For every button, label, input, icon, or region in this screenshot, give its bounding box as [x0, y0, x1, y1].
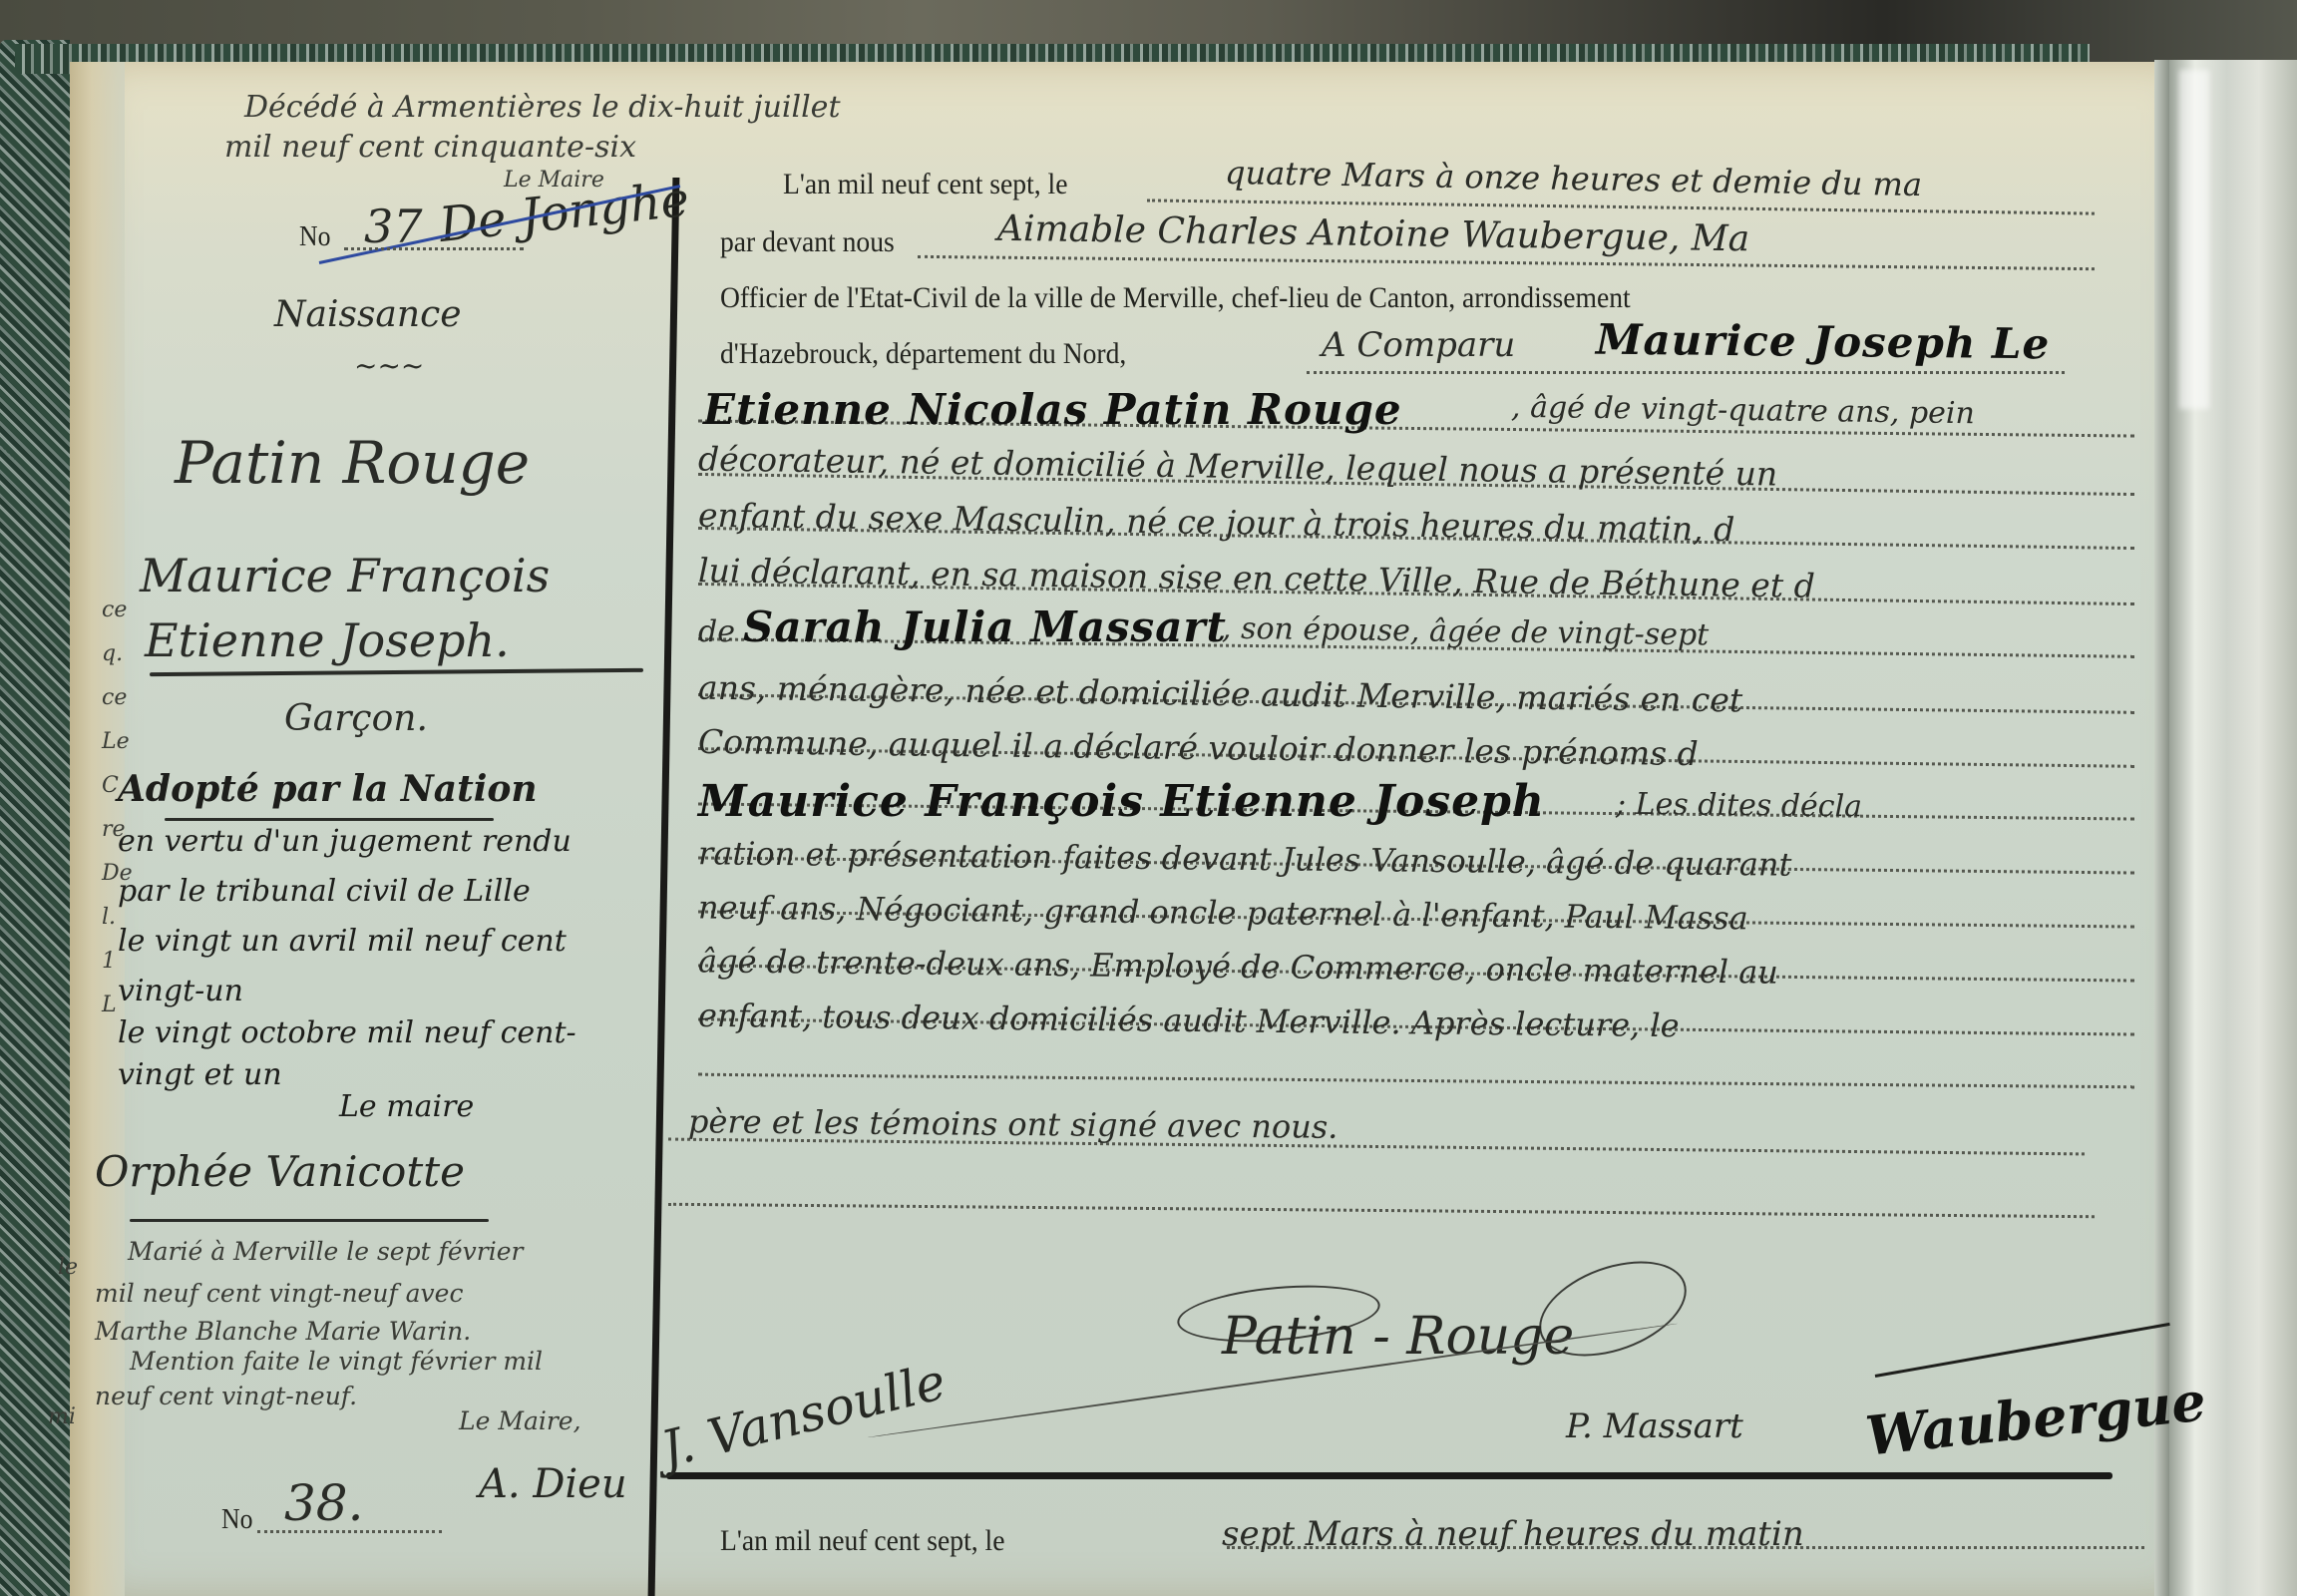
father-name-part: Maurice Joseph Le	[1596, 315, 2051, 369]
tape-reflection	[2179, 70, 2209, 409]
book-cover-left-edge	[0, 40, 70, 1596]
signature-witness-2: P. Massart	[1566, 1406, 1743, 1446]
handwritten-text: A Comparu	[1322, 325, 1515, 365]
marriage-line: Mention faite le vingt février mil	[130, 1347, 543, 1376]
sex: Garçon.	[284, 698, 428, 739]
marriage-line: neuf cent vingt-neuf.	[95, 1382, 357, 1410]
handwritten-text: , âgé de vingt-quatre ans, pein	[1511, 390, 1975, 431]
edge-fragment: mi	[48, 1404, 76, 1429]
edge-fragment: le	[58, 1255, 78, 1280]
handwritten-text: ; Les dites décla	[1616, 787, 1862, 825]
handwritten-prefix: de	[698, 614, 735, 649]
adoption-line: en vertu d'un jugement rendu	[118, 824, 572, 859]
record-number-label: No	[299, 221, 330, 253]
adoption-line: vingt-un	[118, 974, 243, 1008]
adoption-line: le vingt un avril mil neuf cent	[118, 924, 567, 959]
child-given-names: Maurice François Etienne Joseph	[698, 776, 1545, 827]
printed-text: Officier de l'Etat-Civil de la ville de …	[720, 281, 1631, 315]
next-record-printed-text: L'an mil neuf cent sept, le	[720, 1524, 1004, 1558]
mother-name: Sarah Julia Massart	[743, 602, 1227, 651]
signature-father: Patin - Rouge	[1222, 1307, 1574, 1367]
next-record-number-label: No	[221, 1504, 252, 1536]
marriage-line: Marié à Merville le sept février	[128, 1237, 523, 1266]
marriage-line: mil neuf cent vingt-neuf avec	[95, 1279, 463, 1308]
surname: Patin Rouge	[175, 429, 530, 497]
record-type: Naissance	[274, 294, 462, 335]
given-names-line2: Etienne Joseph.	[145, 613, 510, 667]
printed-text: par devant nous	[720, 225, 895, 259]
ornament: ~~~	[354, 349, 424, 382]
record-number: 37	[364, 199, 423, 253]
adoption-title: Adopté par la Nation	[118, 768, 538, 810]
adoption-signature: Orphée Vanicotte	[95, 1147, 465, 1196]
marriage-line: Marthe Blanche Marie Warin.	[95, 1317, 471, 1346]
given-names-line1: Maurice François	[140, 549, 550, 602]
printed-text: d'Hazebrouck, département du Nord,	[720, 337, 1126, 371]
father-name-part: Etienne Nicolas Patin Rouge	[703, 385, 1402, 434]
guide-line	[1307, 371, 2065, 374]
adoption-line: vingt et un	[118, 1057, 282, 1092]
adoption-title-underline	[165, 818, 494, 821]
handwritten-text: , son épouse, âgée de vingt-sept	[1222, 611, 1710, 653]
record-separator	[666, 1472, 2112, 1479]
adoption-line: le vingt octobre mil neuf cent-	[118, 1015, 576, 1050]
adoption-signer-title: Le maire	[339, 1089, 474, 1124]
adoption-signature-underline	[130, 1219, 489, 1222]
adoption-line: par le tribunal civil de Lille	[118, 874, 531, 909]
marriage-signature: A. Dieu	[479, 1461, 627, 1507]
next-record-number: 38.	[284, 1474, 364, 1532]
next-record-handwritten-text: sept Mars à neuf heures du matin	[1222, 1514, 1804, 1554]
marriage-signer-title: Le Maire,	[459, 1406, 581, 1435]
death-note-line2: mil neuf cent cinquante-six	[224, 130, 636, 165]
printed-text: L'an mil neuf cent sept, le	[783, 168, 1067, 201]
handwritten-text: père et les témoins ont signé avec nous.	[688, 1102, 1339, 1146]
death-note-line1: Décédé à Armentières le dix-huit juillet	[244, 90, 841, 125]
